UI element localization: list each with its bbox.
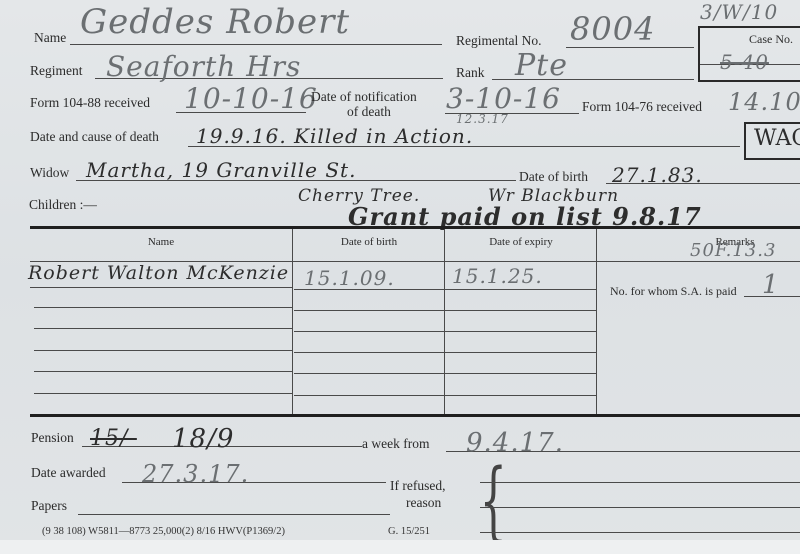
row-rule bbox=[294, 310, 596, 311]
print-codes: (9 38 108) W5811—8773 25,000(2) 8/16 HWV… bbox=[42, 526, 285, 537]
wac-stamp: WAC bbox=[754, 126, 800, 151]
reference-number: 3/W/10 bbox=[700, 0, 778, 24]
regiment-value: Seaforth Hrs bbox=[106, 50, 301, 83]
name-underline bbox=[70, 44, 442, 45]
child-dob: 15.1.09. bbox=[304, 266, 395, 290]
column-divider-1 bbox=[292, 229, 293, 415]
regimental-no-value: 8004 bbox=[570, 10, 655, 48]
notification-value: 3-10-16 bbox=[446, 82, 561, 115]
row-rule bbox=[294, 352, 596, 353]
form-number: G. 15/251 bbox=[388, 526, 430, 537]
row-rule bbox=[34, 328, 292, 329]
remarks-note: 50F.13.3 bbox=[690, 240, 776, 261]
child-name: Robert Walton McKenzie bbox=[28, 262, 289, 284]
papers-underline bbox=[78, 514, 390, 515]
pension-value: 18/9 bbox=[172, 424, 234, 454]
rank-value: Pte bbox=[515, 48, 568, 83]
column-header-expiry: Date of expiry bbox=[446, 236, 596, 248]
rank-label: Rank bbox=[456, 65, 485, 81]
child-expiry: 15.1.25. bbox=[452, 264, 543, 288]
row-rule bbox=[34, 350, 292, 351]
row-rule bbox=[34, 307, 292, 308]
regiment-label: Regiment bbox=[30, 63, 83, 79]
form-104-76-label: Form 104-76 received bbox=[582, 99, 702, 115]
reason-label: reason bbox=[406, 495, 441, 511]
form-104-76-value: 14.10 bbox=[728, 88, 800, 116]
children-label: Children :— bbox=[29, 197, 97, 213]
column-header-name: Name bbox=[30, 236, 292, 248]
pension-struck-value: 15/- bbox=[90, 426, 137, 451]
refused-line-3 bbox=[480, 532, 800, 533]
column-divider-2 bbox=[444, 229, 445, 415]
refused-label: If refused, bbox=[390, 478, 445, 494]
papers-label: Papers bbox=[31, 498, 67, 514]
case-no-label: Case No. bbox=[749, 32, 793, 47]
row-rule bbox=[294, 373, 596, 374]
form-104-88-value: 10-10-16 bbox=[184, 82, 318, 115]
case-no-value: 5-40 bbox=[720, 50, 769, 74]
name-value: Geddes Robert bbox=[80, 2, 350, 42]
table-bottom-rule bbox=[30, 414, 800, 417]
row-rule bbox=[294, 395, 596, 396]
week-from-label: a week from bbox=[362, 436, 429, 452]
sa-paid-value: 1 bbox=[762, 270, 780, 300]
death-label: Date and cause of death bbox=[30, 129, 159, 145]
row-rule bbox=[30, 287, 292, 288]
form-104-88-label: Form 104-88 received bbox=[30, 95, 150, 111]
pension-label: Pension bbox=[31, 430, 74, 446]
column-header-dob: Date of birth bbox=[294, 236, 444, 248]
row-rule bbox=[294, 289, 596, 290]
notification-label-2: of death bbox=[347, 104, 391, 120]
date-awarded-label: Date awarded bbox=[31, 465, 106, 481]
refused-line-2 bbox=[480, 507, 800, 508]
row-rule bbox=[294, 331, 596, 332]
widow-label: Widow bbox=[30, 165, 69, 181]
regimental-no-label: Regimental No. bbox=[456, 33, 541, 49]
name-label: Name bbox=[34, 30, 66, 46]
widow-value: Martha, 19 Granville St. bbox=[86, 158, 356, 182]
row-rule bbox=[34, 393, 292, 394]
row-rule bbox=[34, 371, 292, 372]
death-value: 19.9.16. Killed in Action. bbox=[196, 124, 473, 148]
date-awarded-value: 27.3.17. bbox=[142, 460, 249, 488]
column-divider-3 bbox=[596, 229, 597, 415]
refused-line-1 bbox=[480, 482, 800, 483]
sa-paid-label: No. for whom S.A. is paid bbox=[610, 284, 737, 299]
notification-label-1: Date of notification bbox=[311, 89, 417, 105]
dob-value: 27.1.83. bbox=[612, 163, 703, 187]
dob-label: Date of birth bbox=[519, 169, 588, 185]
pension-record-card: Name Geddes Robert Regimental No. 8004 3… bbox=[0, 0, 800, 554]
table-top-rule bbox=[30, 226, 800, 229]
